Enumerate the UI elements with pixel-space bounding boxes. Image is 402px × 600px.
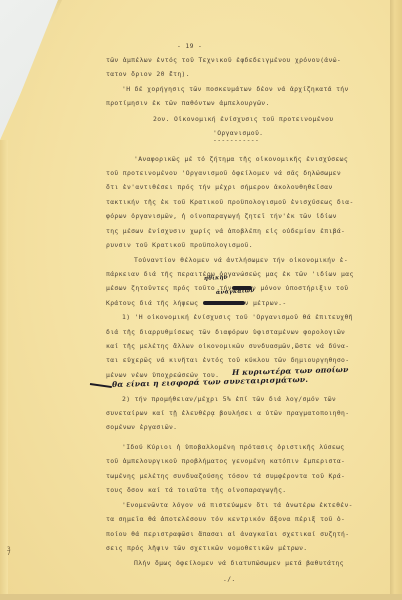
text-segment: μέσων ζητοῦντες πρός τοῦτο τήν xyxy=(106,284,232,292)
text-line: τακτικήν τῆς ἐκ τοῦ Κρατικοῦ προϋπολογισ… xyxy=(106,198,354,206)
typewritten-text: - 19 - τῶν ἀμπέλων ἐντός τοῦ Τεχνικοῦ ἐφ… xyxy=(0,0,402,600)
text-line: Πλήν ὅμως ὀφείλομεν νά διατυπώσωμεν μετά… xyxy=(134,559,344,567)
text-line: Κράτους διά τῆς λήψεως ν μέτρων.- xyxy=(106,299,287,307)
text-line: συνεταίρων καί τῇ ἐλευθέρᾳ βουλήσει α ὑτ… xyxy=(106,409,349,417)
text-line: ποίου θά περιστραφῶσι ἅπασαι αἱ ἀναγκαῖα… xyxy=(106,530,349,538)
text-line: 2) τήν προμήθειαν/μέχρι 5% ἐπί τῶν διά λ… xyxy=(122,395,336,403)
text-line: 'Ενομενῶντα λόγον νά πιστεύωμεν ὅτι τά ἀ… xyxy=(122,501,353,509)
text-line: 'Αναφορικῶς μέ τό ζήτημα τῆς οἰκονομικῆς… xyxy=(134,155,348,163)
text-line: ται εὐχερῶς νά κινῆται ἐντός τοῦ κύκλου … xyxy=(106,356,349,364)
continuation-mark: ./. xyxy=(223,575,236,583)
handwritten-insert: ηθικήν xyxy=(204,275,228,282)
page-number: - 19 - xyxy=(177,42,202,50)
text-line: τα σημεῖα θά ἀποτελέσουν τόν κεντρικόν ἄ… xyxy=(106,515,345,523)
text-line: διά τῆς διαρρυθμίσεως τῶν διαφόρων ὑφιστ… xyxy=(106,328,345,336)
text-segment: Κράτους διά τῆς λήψεως xyxy=(106,299,198,307)
scanned-document: 3 7 - 19 - τῶν ἀμπέλων ἐντός τοῦ Τεχνικο… xyxy=(0,0,402,600)
text-line: ὅτι ἐν'αντιθέσει πρός τήν μέχρι σήμερον … xyxy=(106,183,333,191)
text-line: καί τῆς μελέτης ἄλλων οἰκονομικῶν συνδυα… xyxy=(106,342,349,350)
text-line: φόρων ὀργανισμῶν, ἡ οἰνοπαραγωγή ζητεῖ τ… xyxy=(106,212,337,220)
text-segment: ν μέτρων.- xyxy=(245,299,287,307)
text-line: 1) 'Η οἰκονομική ἐνίσχυσις τοῦ 'Οργανισμ… xyxy=(122,313,353,321)
text-line: τους ὅσον καί τά τοιαῦτα τῆς οἰνοπαραγωγ… xyxy=(106,486,287,494)
text-line: τατον ὅριον 20 ἔτη). xyxy=(106,70,190,78)
text-line: Τοὐναντίον θέλομεν νά ἀντλήσωμεν τήν οἰκ… xyxy=(134,256,348,264)
text-line: 'Ιδού Κύριοι ἡ ὑποβαλλομένη πρότασις ὁρι… xyxy=(122,443,344,451)
text-line: τοῦ προτεινομένου 'Οργανισμοῦ ὀφείλομεν … xyxy=(106,169,341,177)
strikethrough-mark xyxy=(203,301,245,305)
text-segment: ν μόνον ὑποστήριξιν τοῦ xyxy=(252,284,349,292)
text-line: σομένων ἐργασιῶν. xyxy=(106,423,177,431)
text-line: 'Η δέ χορήγησις τῶν ποσκευμάτων δέον νά … xyxy=(122,85,349,93)
text-line: τωμένης μελέτης συνδυαζούσης τόσον τά συ… xyxy=(106,472,345,480)
pen-arrow xyxy=(90,383,112,388)
text-line: τοῦ ἀμπελουργικοῦ προβλήματος γενομένη κ… xyxy=(106,457,345,465)
section-heading: 2ον. Οἰκονομική ἐνίσχυσις τοῦ προτεινομέ… xyxy=(153,115,334,123)
text-line: της μέσων ἐνίσχυσιν χωρίς νά ἀποβλέπη εἰ… xyxy=(106,227,345,235)
text-line: σεις πρός λῆψιν τῶν σχετικῶν νομοθετικῶν… xyxy=(106,544,307,552)
text-line: ρυνσιν τοῦ Κρατικοῦ προϋπολογισμοῦ. xyxy=(106,241,253,249)
text-line: τῶν ἀμπέλων ἐντός τοῦ Τεχνικοῦ ἐφδεδειγμ… xyxy=(106,56,341,64)
handwritten-insert: ἀναγκαίων xyxy=(216,288,255,296)
text-line: προτίμησιν ἐκ τῶν παθόντων ἀμπελουργῶν. xyxy=(106,99,270,107)
text-line: πάρκειαν διά τῆς περαιτέρω ὀργανώσεώς μα… xyxy=(106,270,354,278)
heading-underline: ----------- xyxy=(213,136,259,144)
